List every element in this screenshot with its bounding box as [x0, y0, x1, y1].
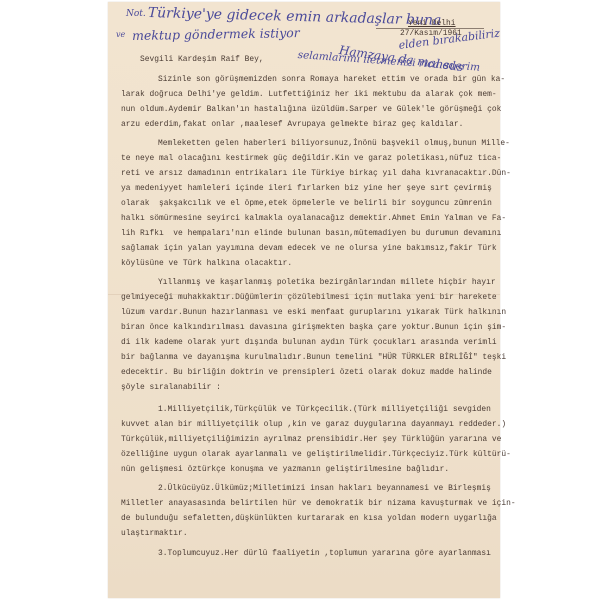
- letter-line: halkı sömürmesine seyirci kalmakla oyala…: [121, 215, 506, 223]
- letter-line: 3.Toplumcuyuz.Her dürlü faaliyetin ,topl…: [158, 550, 491, 558]
- letter-line: Sizinle son görüşmemizden sonra Romaya h…: [158, 76, 505, 84]
- letter-line: nun oldum.Aydemir Balkan'ın hastalığına …: [121, 106, 501, 114]
- letter-line: ya medeniyyet hamleleri içinde ileri fır…: [121, 185, 492, 193]
- letter-line: biran önce kalkındırılması davasına giri…: [121, 324, 506, 332]
- letter-page: Not. Türkiye'ye gidecek emin arkadaşlar …: [108, 2, 500, 598]
- letter-line: larak doğruca Delhi'ye geldim. Lutfettiğ…: [121, 91, 497, 99]
- letter-line: lüzum vardır.Bunun hazırlanması ve eski …: [121, 309, 506, 317]
- letter-salutation: Sevgili Kardeşim Raif Bey,: [140, 56, 264, 64]
- handwritten-note-prefix-ve: ve: [116, 31, 125, 39]
- letter-line: sağlamak için yalan yayımına devam edece…: [121, 245, 497, 253]
- letter-line: 2.Ülkücüyüz.Ülkümüz;Milletimizi insan ha…: [158, 485, 491, 493]
- letter-line: lih Rıfkı ve hempaları'nın elinde buluna…: [121, 230, 501, 238]
- handwritten-note-prefix: Not.: [126, 10, 146, 19]
- letter-line: ulaştırmaktır.: [121, 530, 188, 538]
- letter-line: gelmiyeceği muhakkaktır.Düğümlerin çözül…: [121, 294, 497, 302]
- letter-date: 27/Kasım/1961: [400, 30, 462, 38]
- handwritten-note-line2: mektup göndermek istiyor: [132, 27, 300, 42]
- letter-location: Yeni Delhi: [408, 20, 456, 28]
- letter-line: te neye mal olacağını kestirmek güç deği…: [121, 155, 501, 163]
- letter-line: Yıllanmış ve kaşarlanmış poletika bezirg…: [158, 279, 496, 287]
- letter-line: edecektir. Bu birliğin doktrin ve prensi…: [121, 369, 492, 377]
- letter-line: Memleketten gelen haberleri biliyorsunuz…: [158, 140, 510, 148]
- letter-line: özelliğine uygun olarak ayarlanmalı ve g…: [121, 451, 511, 459]
- letter-line: olarak şakşakcılık ve el öpme,etek öpmel…: [121, 200, 492, 208]
- letter-line: arzu ederdim,fakat onlar ,maalesef Avrup…: [121, 121, 463, 129]
- letter-line: di ilk kademe olarak yurt dışında buluna…: [121, 339, 497, 347]
- date-divider-line: [376, 28, 484, 29]
- letter-line: şöyle sıralanabilir :: [121, 384, 221, 392]
- letter-line: de bulunduğu sefaletten,düşkünlükten kur…: [121, 515, 497, 523]
- letter-line: köylüsüne ve Türk halkına olacaktır.: [121, 260, 292, 268]
- letter-line: kuvvet alan bir milliyetçilik olup ,kin …: [121, 421, 506, 429]
- letter-line: Türkçülük,milliyetçiliğimizin ayrılmaz p…: [121, 436, 501, 444]
- letter-line: 1.Milliyetçilik,Türkçülük ve Türkçecilik…: [158, 406, 491, 414]
- letter-line: bir bağlanma ve dayanışma kurulmalıdır.B…: [121, 354, 506, 362]
- letter-line: nün gelişmesi öztürkçe konuşma ve yazman…: [121, 466, 449, 474]
- letter-line: Milletler anayasasında belirtilen hür ve…: [121, 500, 516, 508]
- letter-line: reti ve arsız damadının entrikaları ile …: [121, 170, 511, 178]
